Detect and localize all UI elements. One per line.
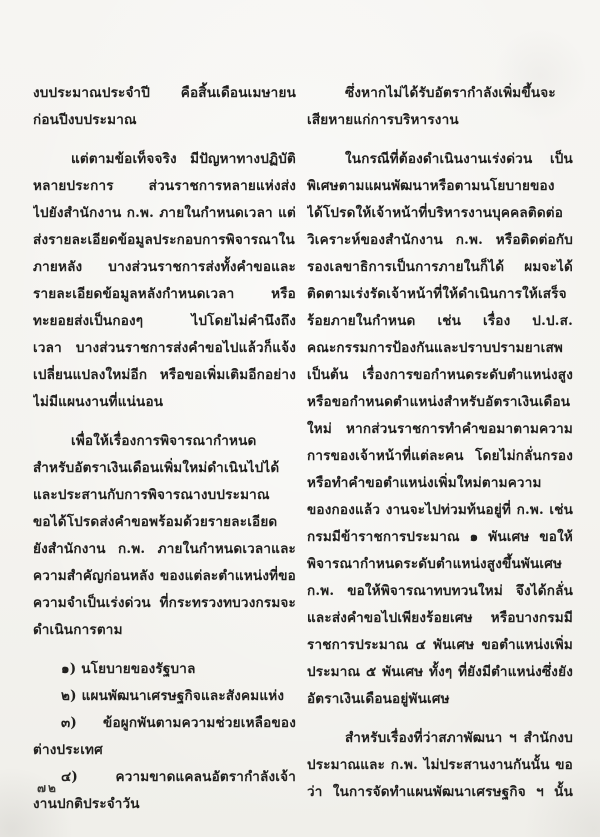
text-line: ราชการประมาณ ๔ พันเศษ ขอตำแหน่งเพิ่มใหม่ xyxy=(307,632,573,659)
text-line: แต่ตามข้อเท็จจริง มีปัญหาทางปฏิบัติ xyxy=(33,146,296,173)
text-line: ๑) นโยบายของรัฐบาล xyxy=(33,656,296,683)
text-line: ไม่มีแผนงานที่แน่นอน xyxy=(33,389,296,416)
text-line: สำหรับอัตราเงินเดือนเพิ่มใหม่ดำเนินไปได้… xyxy=(33,455,296,482)
text-line: วิเคราะห์ของสำนักงาน ก.พ. หรือติดต่อกับผ… xyxy=(307,227,573,254)
text-line: เปลี่ยนแปลงใหม่อีก หรือขอเพิ่มเติมอีกอย่… xyxy=(33,362,296,389)
text-line: พิจารณากำหนดระดับตำแหน่งสูงขึ้นพันเศษ เม… xyxy=(307,551,573,578)
text-line: ส่งรายละเอียดข้อมูลประกอบการพิจารณาใน xyxy=(33,227,296,254)
text-line: ได้โปรดให้เจ้าหน้าที่บริหารงานบุคคลติดต่… xyxy=(307,200,573,227)
text-line: และประสานกับการพิจารณางบประมาณประจำปี xyxy=(33,482,296,509)
text-line: คณะกรรมการป้องกันและปราบปรามยาเสพติด) xyxy=(307,335,573,362)
text-line: ก่อนปีงบประมาณ xyxy=(33,107,296,134)
text-line: หลายประการ ส่วนราชการหลายแห่งส่งคำขอ xyxy=(33,173,296,200)
text-line: กรมมีข้าราชการประมาณ ๑ พันเศษ ขอให้ ก.พ. xyxy=(307,524,573,551)
left-column: งบประมาณประจำปี คือสิ้นเดือนเมษายน ของปี… xyxy=(33,80,296,818)
text-line: ซึ่งหากไม่ได้รับอัตรากำลังเพิ่มขึ้นจะเกิ… xyxy=(307,80,573,107)
right-column: ซึ่งหากไม่ได้รับอัตรากำลังเพิ่มขึ้นจะเกิ… xyxy=(307,80,573,806)
text-line: ว่า ในการจัดทำแผนพัฒนาเศรษฐกิจ ฯ นั้น ได… xyxy=(307,779,573,806)
text-line: ทะยอยส่งเป็นกองๆ ไปโดยไม่คำนึงถึงกำหนด xyxy=(33,308,296,335)
text-line: ดำเนินการตาม xyxy=(33,617,296,644)
text-line: ประมาณ ๕ พันเศษ ทั้งๆ ที่ยังมีตำแหน่งซึ่… xyxy=(307,659,573,686)
text-line: พิเศษตามแผนพัฒนาหรือตามนโยบายของรัฐบาลก็ xyxy=(307,173,573,200)
text-line: ความจำเป็นเร่งด่วน ที่กระทรวงทบวงกรมจะต้… xyxy=(33,590,296,617)
text-line: งานปกติประจำวัน xyxy=(33,791,296,818)
text-line: ไปยังสำนักงาน ก.พ. ภายในกำหนดเวลา แต่ xyxy=(33,200,296,227)
text-line: งบประมาณประจำปี คือสิ้นเดือนเมษายน ของปี xyxy=(33,80,296,107)
text-line: ต่างประเทศ xyxy=(33,737,296,764)
text-line: เพื่อให้เรื่องการพิจารณากำหนดตำแหน่ง xyxy=(33,428,296,455)
document-page: งบประมาณประจำปี คือสิ้นเดือนเมษายน ของปี… xyxy=(0,0,600,837)
text-line: ติดตามเร่งรัดเจ้าหน้าที่ให้ดำเนินการให้เ… xyxy=(307,281,573,308)
text-line: ใหม่ หากส่วนราชการทำคำขอมาตามความต้อง xyxy=(307,416,573,443)
text-line: และส่งคำขอไปเพียงร้อยเศษ หรือบางกรมมีข้า… xyxy=(307,605,573,632)
text-line: ร้อยภายในกำหนด เช่น เรื่อง ป.ป.ส. (สำนัก… xyxy=(307,308,573,335)
text-line: ขอได้โปรดส่งคำขอพร้อมด้วยรายละเอียดข้อมู… xyxy=(33,509,296,536)
text-line: ยังสำนักงาน ก.พ. ภายในกำหนดเวลาและจัดลำด… xyxy=(33,536,296,563)
text-line: รองเลขาธิการเป็นการภายในก็ได้ ผมจะได้กำช… xyxy=(307,254,573,281)
text-line: หรือขอกำหนดตำแหน่งสำหรับอัตราเงินเดือนเพ… xyxy=(307,389,573,416)
text-line: ๒) แผนพัฒนาเศรษฐกิจและสังคมแห่งชาติ xyxy=(33,683,296,710)
text-line: ในกรณีที่ต้องดำเนินงานเร่งด่วน เป็นกรณี xyxy=(307,146,573,173)
text-line: การของเจ้าหน้าที่แต่ละคน โดยไม่กลั่นกรอง… xyxy=(307,443,573,470)
text-line: ก.พ. ขอให้พิจารณาทบทวนใหม่ จึงได้กลั่นกร… xyxy=(307,578,573,605)
text-line: อัตราเงินเดือนอยู่พันเศษ xyxy=(307,686,573,713)
text-line: ความสำคัญก่อนหลัง ของแต่ละตำแหน่งที่ขอ ต… xyxy=(33,563,296,590)
text-line: เสียหายแก่การบริหารงาน xyxy=(307,107,573,134)
text-line: ๔) ความขาดแคลนอัตรากำลังเจ้าหน้าที่ใน xyxy=(33,764,296,791)
text-line: ภายหลัง บางส่วนราชการส่งทั้งคำขอและ xyxy=(33,254,296,281)
text-line: เป็นต้น เรื่องการขอกำหนดระดับตำแหน่งสูงข… xyxy=(307,362,573,389)
text-line: เวลา บางส่วนราชการส่งคำขอไปแล้วก็แจ้งขอ xyxy=(33,335,296,362)
text-line: ของกองแล้ว งานจะไปท่วมท้นอยู่ที่ ก.พ. เช… xyxy=(307,497,573,524)
text-line: รายละเอียดข้อมูลหลังกำหนดเวลา หรือ xyxy=(33,281,296,308)
page-number: ๗๒ xyxy=(37,779,58,798)
text-line: หรือทำคำขอตำแหน่งเพิ่มใหม่ตามความต้องการ xyxy=(307,470,573,497)
text-line: สำหรับเรื่องที่ว่าสภาพัฒนา ฯ สำนักงบ xyxy=(307,725,573,752)
text-line: ๓) ข้อผูกพันตามความช่วยเหลือของรัฐบาล xyxy=(33,710,296,737)
text-line: ประมาณและ ก.พ. ไม่ประสานงานกันนั้น ขอเรี… xyxy=(307,752,573,779)
